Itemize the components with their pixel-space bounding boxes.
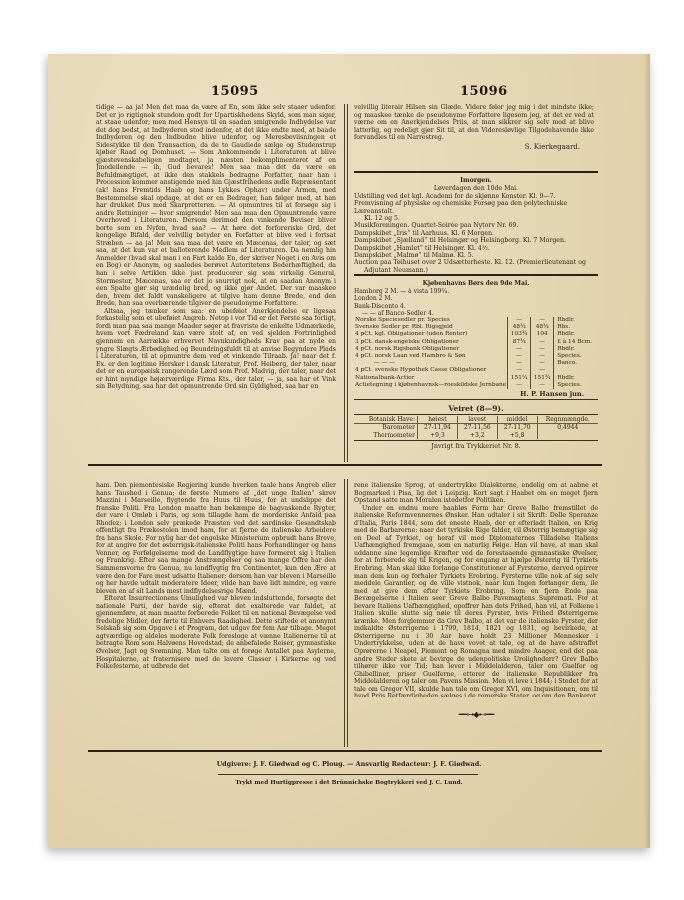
event-item: Dampskibet „Iris“ til Aarhuus. Kl. 6 Mor… — [354, 230, 598, 237]
stock-exchange-section: Kjøbenhavns Børs den 9de Mai. Hamborg 2 … — [354, 278, 598, 398]
article-paragraph: tidige — aa ja! Men det maa da være af E… — [96, 104, 336, 308]
stock-table: Norske Speciesedler pr. Species——Rbdlr. … — [354, 317, 598, 389]
section-divider — [354, 399, 598, 400]
article-column-bottom-right: rene italienske Sprog, at undertrykke Di… — [354, 482, 598, 697]
weather-footnote: Jnvrigt fra Trykkeriet Nr. 8. — [354, 443, 598, 451]
event-item: Fremvisning af physiske og chemiske Fors… — [354, 200, 598, 215]
table-row: 3 pCt. dansk-engelske Obligationer87¾—£ … — [354, 339, 598, 346]
footer-rule — [88, 750, 602, 752]
table-row: Barometer 27-11,94 27-11,56 27-11,70 0,4… — [354, 424, 598, 432]
table-row: Svenske Sedler pr. Rbl. Rigsgjeld48¾48¾R… — [354, 324, 598, 331]
table-row: — — ———Banco. — [354, 360, 598, 367]
article-paragraph: ham. Den piemontesiske Regjering kunde h… — [96, 482, 336, 595]
newspaper-page: 15095 15096 tidige — aa ja! Men det maa … — [48, 54, 650, 848]
broker-signature: H. P. Hansen jun. — [354, 391, 598, 398]
section-title: Imorgen. — [354, 177, 598, 184]
table-row: 4 pCt. norsk Laan ved Hambro & Søn——Spec… — [354, 353, 598, 360]
article-paragraph: velvillig literair Hilsen sin Glæde. Vid… — [354, 104, 594, 142]
page-number-right: 15096 — [460, 84, 508, 99]
article-paragraph: Efterat Insurrectionens Umulighed var bl… — [96, 595, 336, 670]
article-column-top-right: velvillig literair Hilsen sin Glæde. Vid… — [354, 104, 594, 151]
weather-section: Veiret (8—9). Botanisk Have: høiest lave… — [354, 403, 598, 451]
article-column-top-left: tidige — aa ja! Men det maa da være af E… — [96, 104, 336, 460]
event-item: Dampskibet „Hamlet“ til Helsingør. Kl. 4… — [354, 245, 598, 252]
exchange-line: Hamborg 2 M. — à vista 199¾. — [354, 288, 598, 295]
divider — [354, 440, 598, 441]
table-row: Nationalbank-Actier151¼151¾Rbdlr. — [354, 375, 598, 382]
table-row: 4 pCt. svenske Hypothek Casse Obligation… — [354, 367, 598, 374]
article-paragraph: Altsaa, jeg tænker som saa: en ubeføiet … — [96, 308, 336, 391]
event-item: Kl. 12 og 5. — [354, 215, 598, 222]
table-row: 4 pCt. norsk Rigsbank Obligationer——Rbdl… — [354, 346, 598, 353]
author-signature: S. Kierkegaard. — [354, 144, 594, 152]
exchange-line: — — af Banco-Sedler 4. — [354, 310, 598, 317]
section-divider — [354, 274, 598, 276]
table-row: Actietegning i kjøbenhavnsk—roeskildske … — [354, 382, 598, 389]
section-title: Veiret (8—9). — [354, 405, 598, 413]
column-divider-top — [344, 104, 348, 462]
section-title: Kjøbenhavns Børs den 9de Mai. — [354, 280, 598, 287]
table-row: Norske Speciesedler pr. Species——Rbdlr. — [354, 317, 598, 324]
events-tomorrow-section: Imorgen. Løverdagen den 10de Mai. Udstil… — [354, 175, 598, 274]
ornament-divider-icon: ━━⊶◆⊷━━ — [354, 710, 598, 719]
table-row: 4 pCt. kgl. Obligationer (uden Renter)10… — [354, 331, 598, 338]
article-paragraph: Under en endnu mere haabløs Form har Gre… — [354, 505, 598, 697]
printer-line: Trykt med Hurtigpresse i det Brünnichske… — [48, 780, 650, 786]
table-header-row: Botanisk Have: høiest lavest middel Regn… — [354, 416, 598, 424]
table-row: Thermometer +9,3 +3,2 +5,8 — [354, 432, 598, 440]
article-paragraph: rene italienske Sprog, at undertrykke Di… — [354, 482, 598, 505]
publishers-line: Udgivere: J. F. Giødwad og C. Ploug. — A… — [48, 760, 650, 768]
article-column-bottom-left: ham. Den piemontesiske Regjering kunde h… — [96, 482, 336, 737]
event-item: Dampskibet „Malmø“ til Malmø. Kl. 5. — [354, 252, 598, 259]
event-item: Dampskibet „Sjælland“ til Helsingør og H… — [354, 237, 598, 244]
section-date: Løverdagen den 10de Mai. — [354, 185, 598, 192]
page-number-left: 15095 — [211, 84, 259, 99]
event-item: Auction paa Tøihuset over 2 Udsætterhest… — [354, 259, 598, 266]
footer-short-rule — [218, 774, 478, 775]
divider — [354, 414, 598, 415]
weather-table: Botanisk Have: høiest lavest middel Regn… — [354, 416, 598, 440]
exchange-line: London 2 M. — [354, 295, 598, 302]
page-section-divider — [88, 464, 602, 466]
event-item: Udstilling ved det kgl. Academi for de s… — [354, 193, 598, 200]
exchange-line: Bank-Disconto 4. — [354, 303, 598, 310]
section-divider — [354, 171, 598, 173]
event-item: Musikforeningen. Quartet-Soirée paa Nyto… — [354, 222, 598, 229]
column-divider-bottom — [344, 479, 348, 747]
